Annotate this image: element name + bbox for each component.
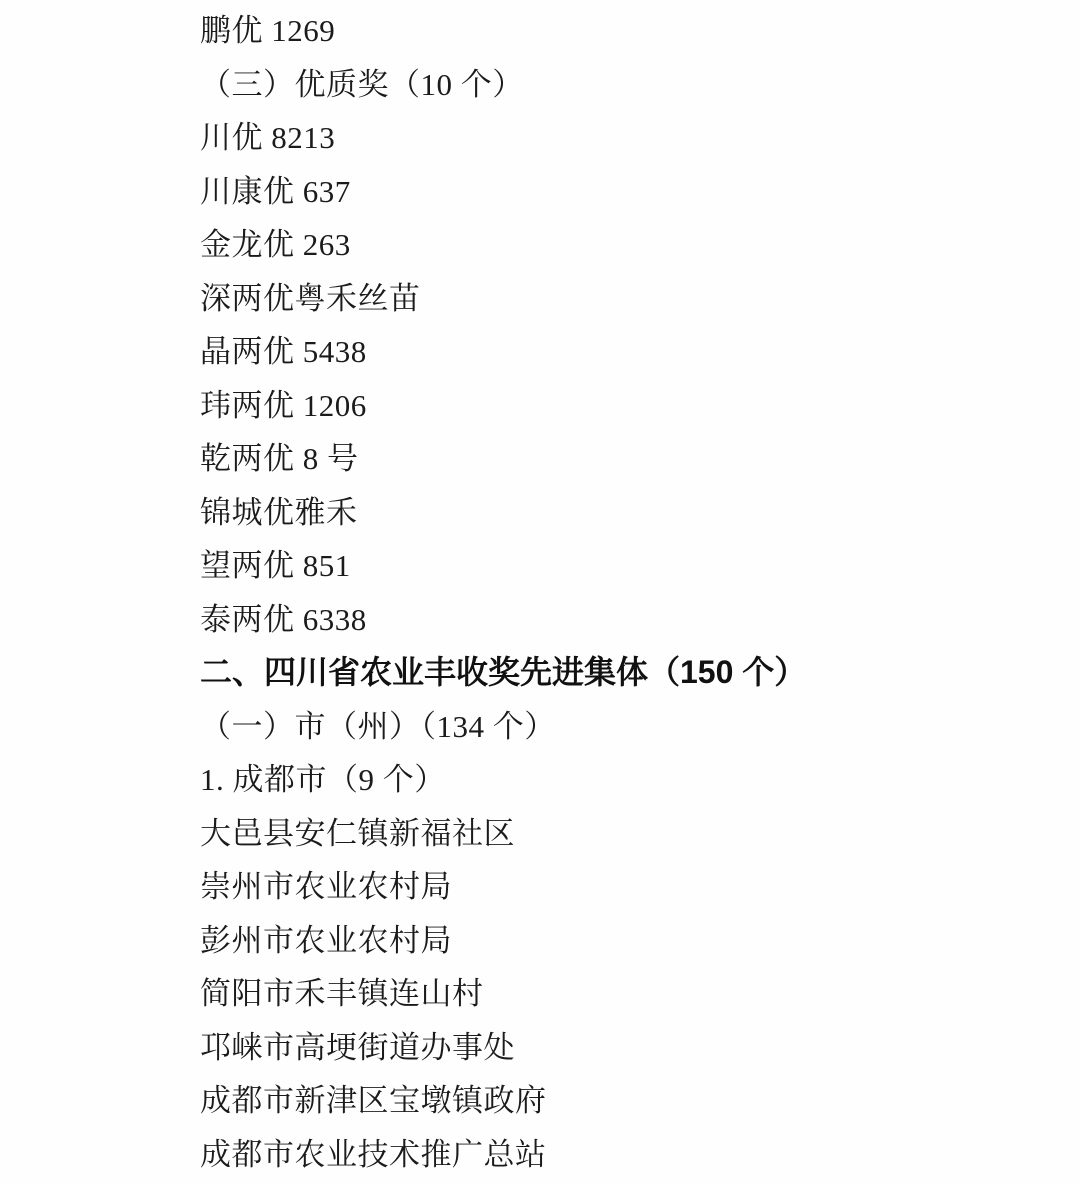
variety-line: 乾两优 8 号 xyxy=(200,432,1020,486)
variety-line: 锦城优雅禾 xyxy=(200,486,1020,540)
variety-line: 望两优 851 xyxy=(200,539,1020,593)
collective-line: 彭州市农业农村局 xyxy=(200,914,1020,968)
document-page: 鹏优 1269 （三）优质奖（10 个） 川优 8213 川康优 637 金龙优… xyxy=(0,0,1080,1184)
variety-line: 川康优 637 xyxy=(200,165,1020,219)
collective-line: 大邑县安仁镇新福社区 xyxy=(200,807,1020,861)
subsection-heading-quality-award: （三）优质奖（10 个） xyxy=(200,58,1020,112)
collective-line: 邛崃市高埂街道办事处 xyxy=(200,1021,1020,1075)
collective-line: 简阳市禾丰镇连山村 xyxy=(200,967,1020,1021)
variety-line: 晶两优 5438 xyxy=(200,325,1020,379)
collective-line: 成都市新津区宝墩镇政府 xyxy=(200,1074,1020,1128)
variety-line: 深两优粤禾丝苗 xyxy=(200,272,1020,326)
variety-line: 玮两优 1206 xyxy=(200,379,1020,433)
subsection-heading-chengdu: 1. 成都市（9 个） xyxy=(200,753,1020,807)
variety-line: 鹏优 1269 xyxy=(200,4,1020,58)
collective-line: 成都市农业技术推广总站 xyxy=(200,1128,1020,1182)
collective-line: 崇州市农业农村局 xyxy=(200,860,1020,914)
variety-line: 金龙优 263 xyxy=(200,218,1020,272)
variety-line: 泰两优 6338 xyxy=(200,593,1020,647)
subsection-heading-city-state: （一）市（州）（134 个） xyxy=(200,700,1020,754)
variety-line: 川优 8213 xyxy=(200,111,1020,165)
section-heading-harvest-award-collectives: 二、四川省农业丰收奖先进集体（150 个） xyxy=(200,646,1020,700)
